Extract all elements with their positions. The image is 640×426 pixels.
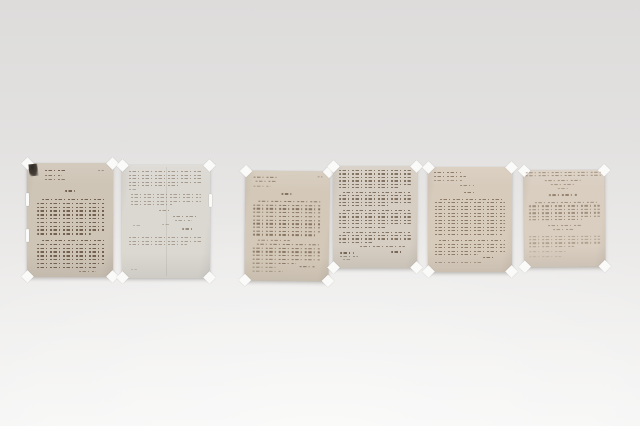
handwriting-line <box>252 234 316 236</box>
corner-mount <box>410 160 423 173</box>
handwriting-line <box>129 185 180 186</box>
handwriting-line <box>37 222 105 223</box>
handwriting-line <box>253 223 322 225</box>
manuscript-5 <box>428 167 512 272</box>
handwriting-line <box>45 175 62 176</box>
handwriting-line <box>339 235 411 236</box>
handwriting-line <box>548 225 580 227</box>
corner-mount <box>422 265 435 278</box>
corner-mount <box>322 275 335 288</box>
handwriting-line <box>175 220 193 221</box>
handwriting-line <box>435 209 506 210</box>
handwriting-line <box>254 177 279 179</box>
handwriting-line <box>37 203 105 204</box>
manuscript-3 <box>244 171 329 282</box>
handwriting-line <box>340 256 358 257</box>
handwriting-line <box>339 170 411 171</box>
handwriting-line <box>318 176 323 177</box>
edge-clip <box>26 193 29 206</box>
handwriting-line <box>435 254 479 255</box>
handwriting-line <box>339 223 411 224</box>
handwriting-line <box>435 262 484 263</box>
handwriting-line <box>37 210 105 211</box>
handwriting-line <box>37 259 105 260</box>
handwriting-line <box>434 172 461 173</box>
handwriting-line <box>159 210 170 211</box>
corner-mount <box>410 261 423 274</box>
handwriting-line <box>460 185 474 186</box>
handwriting-line <box>339 195 411 196</box>
handwriting-line <box>339 213 411 214</box>
handwriting-line <box>339 173 411 174</box>
handwriting-line <box>435 244 506 245</box>
handwriting-line <box>529 205 600 207</box>
handwriting-line <box>529 209 600 211</box>
handwriting-line <box>343 210 411 211</box>
corner-mount <box>598 260 611 273</box>
handwriting-line <box>343 232 411 233</box>
handwriting-line <box>435 213 506 214</box>
handwriting-line <box>37 251 105 252</box>
handwriting-line <box>435 230 506 231</box>
handwriting-line <box>525 175 603 177</box>
handwriting-line <box>483 257 496 259</box>
handwriting-line <box>37 207 105 208</box>
manuscript-4 <box>333 166 417 268</box>
handwriting-line <box>340 252 354 254</box>
corner-mount <box>505 161 518 174</box>
corner-mount <box>518 260 531 273</box>
handwriting-line <box>525 171 603 173</box>
handwriting-line <box>252 251 321 253</box>
handwriting-line <box>252 271 282 273</box>
handwriting-line <box>37 229 105 230</box>
corner-mount <box>422 161 435 174</box>
handwriting-line <box>435 220 506 221</box>
handwriting-line <box>133 225 142 226</box>
handwriting-line <box>435 251 506 252</box>
handwriting-line <box>529 235 600 237</box>
handwriting-line <box>45 179 65 180</box>
manuscript-6 <box>524 170 606 268</box>
handwriting-line <box>129 241 202 242</box>
handwriting-line <box>339 198 411 199</box>
handwriting-line <box>339 205 391 206</box>
handwriting-line <box>339 238 411 239</box>
handwriting-line <box>253 215 322 217</box>
handwriting-line <box>281 193 292 195</box>
handwriting-line <box>131 194 201 195</box>
corner-mount <box>116 159 129 172</box>
handwriting-line <box>529 256 561 258</box>
handwriting-line <box>253 219 322 221</box>
handwriting-line <box>339 177 411 178</box>
handwriting-line <box>339 242 374 243</box>
handwriting-line <box>129 244 187 245</box>
handwriting-line <box>529 242 600 244</box>
handwriting-line <box>391 251 404 253</box>
handwriting-line <box>435 216 506 217</box>
handwriting-line <box>343 259 351 260</box>
handwriting-line <box>435 227 506 228</box>
handwriting-line <box>79 271 96 272</box>
handwriting-line <box>37 226 105 227</box>
handwriting-line <box>37 248 105 249</box>
handwriting-line <box>131 201 201 202</box>
handwriting-line <box>435 202 506 203</box>
handwriting-line <box>529 251 568 253</box>
handwriting-line <box>435 206 506 207</box>
handwriting-line <box>339 202 411 203</box>
handwriting-line <box>253 212 322 214</box>
manuscript-2 <box>122 165 210 278</box>
corner-mount <box>203 159 216 172</box>
corner-mount <box>327 261 340 274</box>
handwriting-line <box>257 239 289 241</box>
handwriting-line <box>182 228 194 230</box>
handwriting-line <box>558 187 568 188</box>
handwriting-line <box>549 194 578 196</box>
handwriting-line <box>435 223 506 224</box>
handwriting-line <box>343 192 411 193</box>
handwriting-line <box>129 182 203 183</box>
handwriting-line <box>37 218 105 219</box>
corner-mount <box>240 165 253 178</box>
handwriting-line <box>553 228 575 230</box>
corner-mount <box>505 265 518 278</box>
handwriting-line <box>252 255 321 257</box>
handwriting-line <box>256 181 278 183</box>
corner-mount <box>21 270 34 283</box>
handwriting-line <box>131 269 137 270</box>
handwriting-line <box>252 247 321 249</box>
handwriting-line <box>545 180 581 182</box>
handwriting-line <box>440 199 506 200</box>
handwriting-line <box>98 170 103 171</box>
handwriting-line <box>65 190 75 192</box>
handwriting-line <box>551 197 577 198</box>
handwriting-line <box>37 255 105 256</box>
handwriting-line <box>45 170 66 171</box>
handwriting-line <box>535 202 600 204</box>
handwriting-line <box>129 189 137 190</box>
handwriting-line <box>129 175 203 176</box>
corner-mount <box>116 271 129 284</box>
handwriting-line <box>434 180 463 181</box>
handwriting-line <box>339 187 399 188</box>
gallery-wall <box>0 0 640 426</box>
handwriting-line <box>529 212 600 214</box>
handwriting-line <box>360 246 405 247</box>
handwriting-line <box>37 267 95 268</box>
handwriting-line <box>529 215 600 217</box>
handwriting-line <box>42 199 105 200</box>
handwriting-line <box>439 240 505 241</box>
edge-clip <box>209 194 212 207</box>
handwriting-line <box>435 234 502 235</box>
handwriting-line <box>253 208 322 210</box>
handwriting-line <box>173 216 199 217</box>
edge-clip <box>26 229 29 242</box>
corner-mount <box>239 274 252 287</box>
handwriting-line <box>529 246 574 248</box>
handwriting-line <box>339 220 411 221</box>
handwriting-line <box>37 233 90 234</box>
handwriting-line <box>252 230 321 232</box>
handwriting-line <box>252 262 296 264</box>
manuscript-1 <box>27 163 113 277</box>
handwriting-line <box>339 180 411 181</box>
handwriting-line <box>37 263 105 264</box>
handwriting-line <box>464 192 474 194</box>
handwriting-line <box>434 176 466 177</box>
handwriting-line <box>37 214 105 215</box>
handwriting-line <box>300 266 314 268</box>
handwriting-line <box>529 219 582 221</box>
handwriting-line <box>257 244 322 246</box>
paper-fold <box>166 167 167 276</box>
handwriting-line <box>339 227 387 228</box>
handwriting-line <box>529 239 600 241</box>
handwriting-line <box>550 183 574 185</box>
handwriting-line <box>252 266 276 268</box>
handwriting-line <box>253 227 322 229</box>
handwriting-line <box>254 185 271 187</box>
handwriting-line <box>253 204 322 206</box>
corner-mount <box>203 271 216 284</box>
handwriting-line <box>252 258 321 260</box>
handwriting-line <box>37 244 105 245</box>
handwriting-line <box>42 240 105 241</box>
handwriting-line <box>339 216 411 217</box>
handwriting-line <box>435 247 506 248</box>
ink-stamp-icon <box>28 164 38 177</box>
handwriting-line <box>258 201 322 203</box>
handwriting-line <box>339 184 411 185</box>
